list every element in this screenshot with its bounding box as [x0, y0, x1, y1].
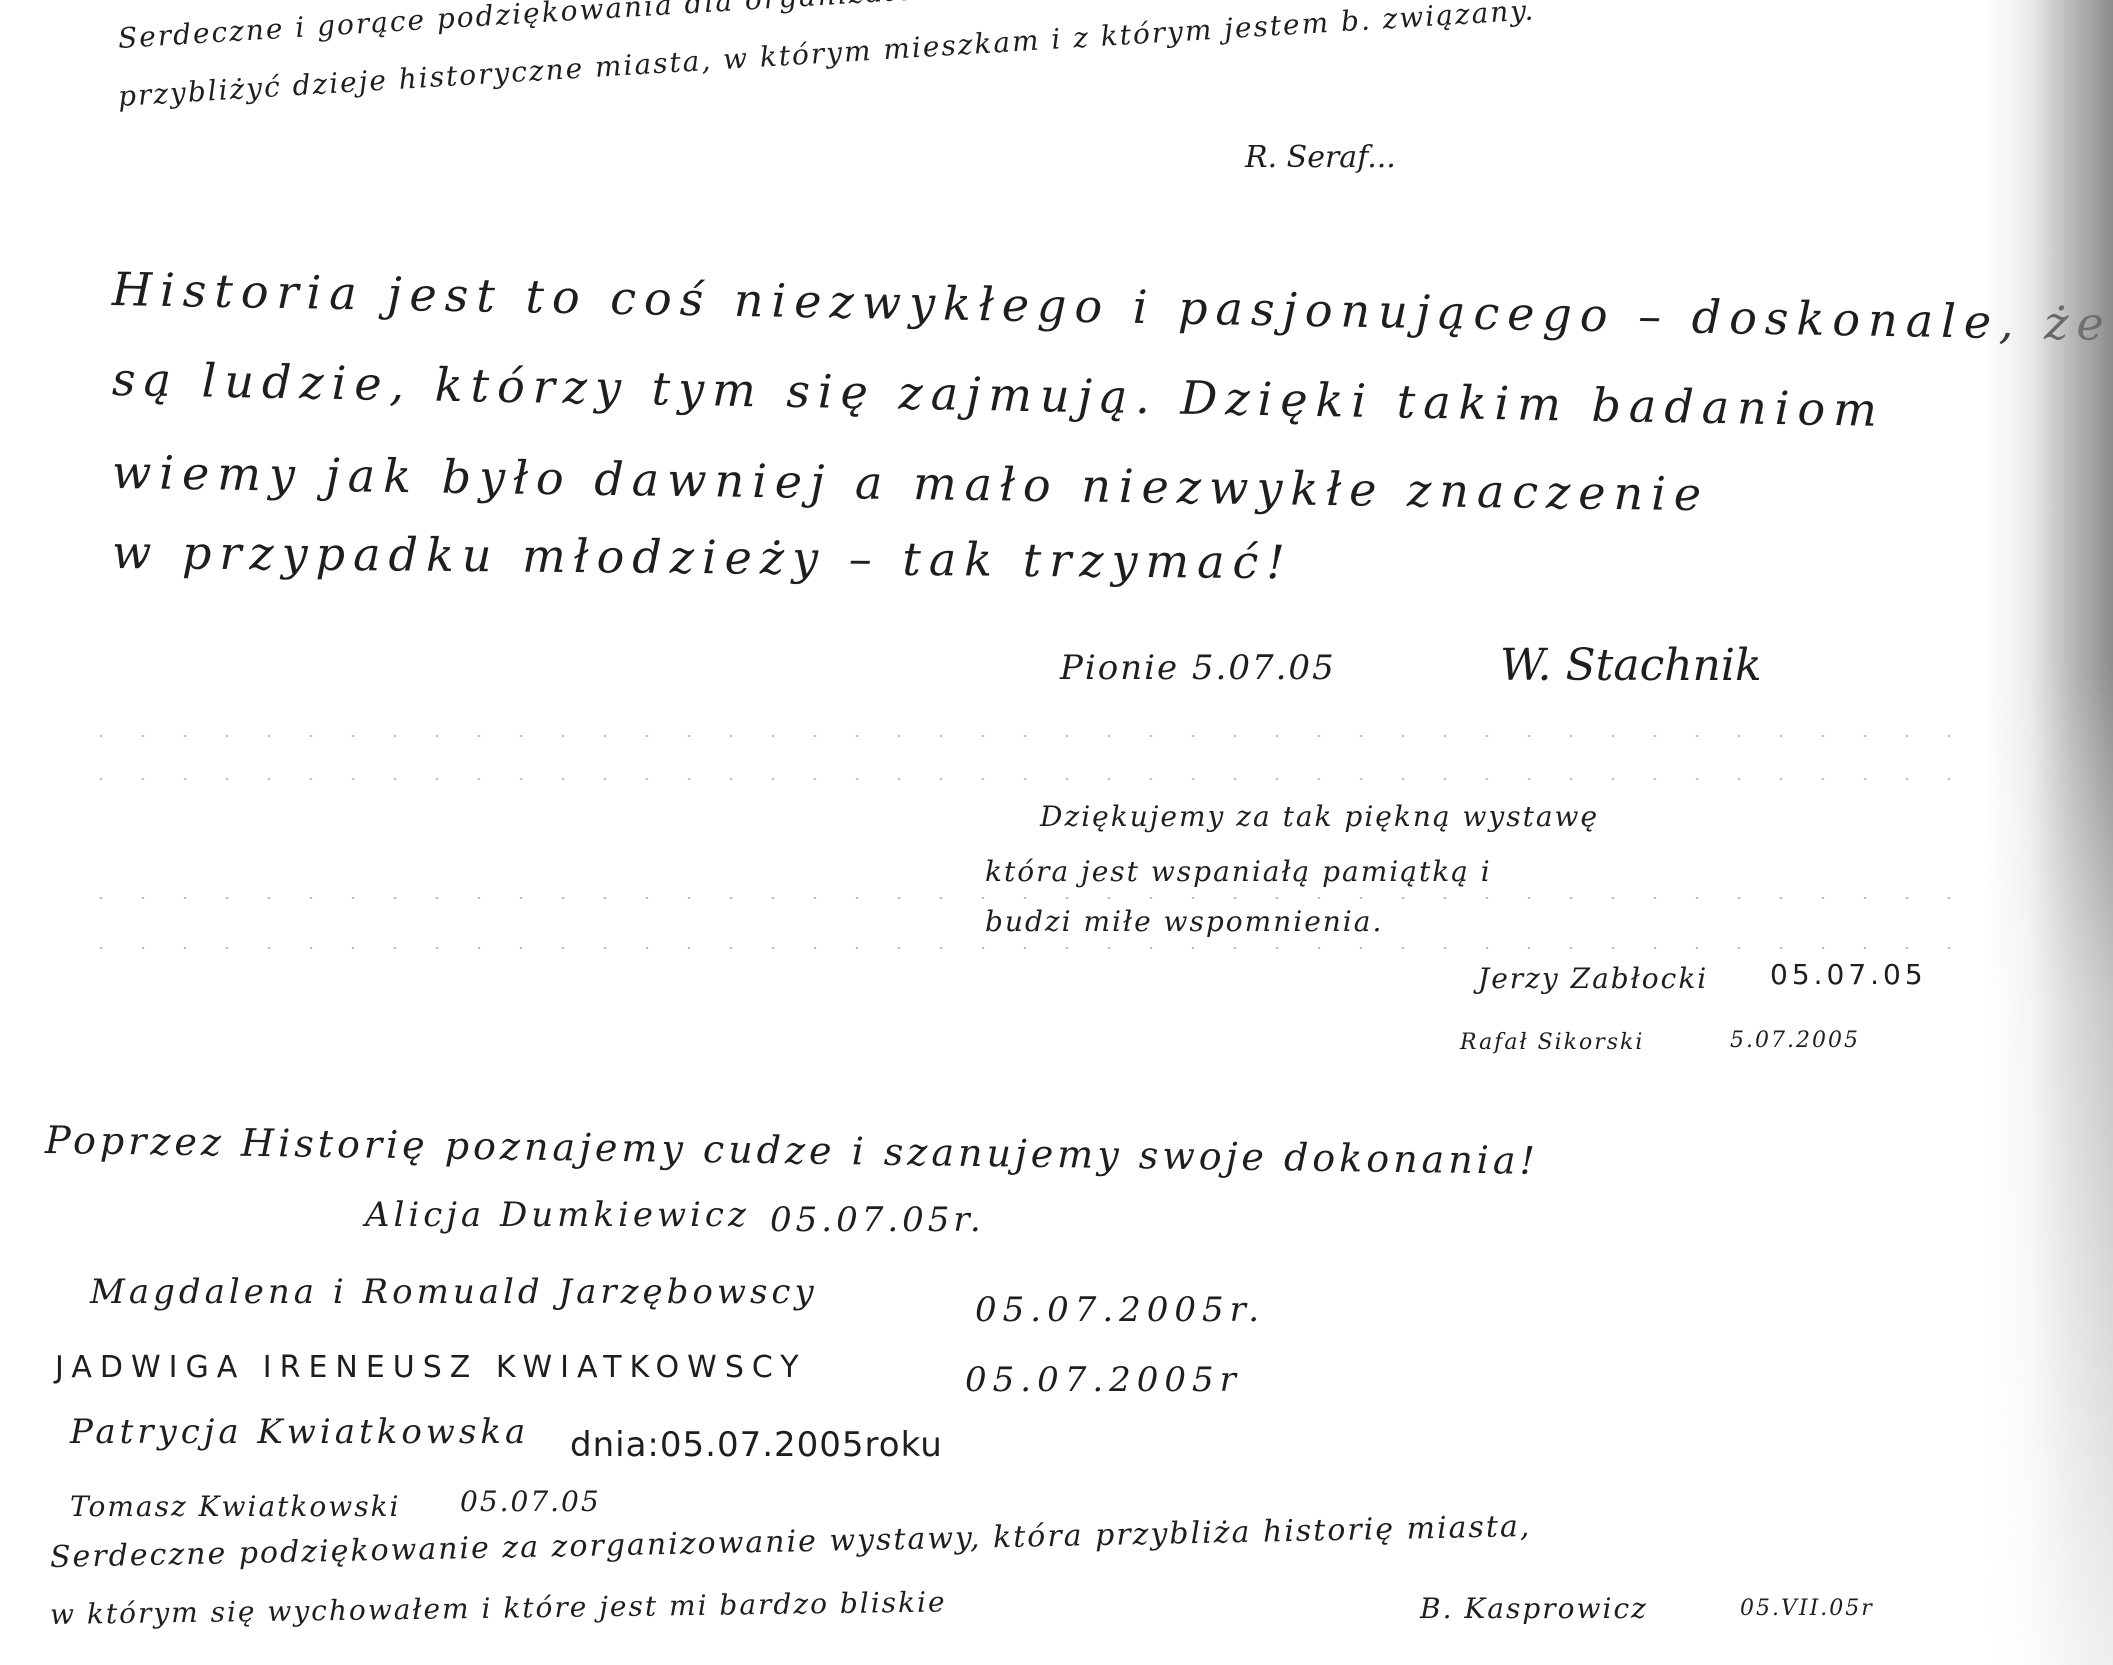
entry-3-signature-2-date: 5.07.2005: [1730, 1028, 1860, 1053]
entry-8-signature: Tomasz Kwiatkowski: [70, 1490, 401, 1523]
entry-4-date: 05.07.05r.: [770, 1200, 985, 1240]
entry-6-date: 05.07.2005r: [965, 1360, 1242, 1400]
entry-3-line-3: budzi miłe wspomnienia.: [985, 905, 1383, 938]
entry-2-line-4: w przypadku młodzieży – tak trzymać!: [112, 525, 1293, 589]
entry-4-signature: Alicja Dumkiewicz: [365, 1195, 750, 1235]
entry-9-date: 05.VII.05r: [1740, 1596, 1874, 1621]
entry-4-line-1: Poprzez Historię poznajemy cudze i szanu…: [45, 1118, 1539, 1183]
entry-7-signature: Patrycja Kwiatkowska: [70, 1412, 529, 1452]
entry-2-line-2: są ludzie, którzy tym się zajmują. Dzięk…: [112, 352, 1886, 437]
entry-3-line-1: Dziękujemy za tak piękną wystawę: [1040, 800, 1599, 833]
entry-1-signature: R. Seraf...: [1245, 140, 1396, 175]
ruled-dotted-line: [80, 778, 1980, 780]
entry-9-line-2: w którym się wychowałem i które jest mi …: [50, 1585, 947, 1631]
entry-5-date: 05.07.2005r.: [975, 1290, 1265, 1330]
entry-3-signature-1-date: 05.07.05: [1770, 958, 1927, 991]
entry-2-line-3: wiemy jak było dawniej a mało niezwykłe …: [112, 445, 1710, 521]
entry-2-line-1: Historia jest to coś niezwykłego i pasjo…: [112, 262, 2113, 351]
entry-5-signature: Magdalena i Romuald Jarzębowscy: [90, 1272, 818, 1312]
entry-7-date: dnia:05.07.2005roku: [570, 1425, 943, 1465]
entry-3-signature-2-name: Rafał Sikorski: [1460, 1030, 1644, 1055]
ruled-dotted-line: [80, 897, 1980, 899]
entry-3-signature-1-name: Jerzy Zabłocki: [1478, 962, 1708, 995]
entry-2-date: Pionie 5.07.05: [1060, 648, 1336, 688]
entry-6-signature: JADWIGA IRENEUSZ KWIATKOWSCY: [55, 1350, 807, 1385]
ruled-dotted-line: [80, 947, 1980, 949]
scanned-guestbook-page: Serdeczne i gorące podziękowania dla org…: [0, 0, 2113, 1665]
ruled-dotted-line: [80, 735, 1980, 737]
entry-9-signature: B. Kasprowicz: [1420, 1592, 1648, 1625]
entry-8-date: 05.07.05: [460, 1485, 601, 1518]
entry-2-signature: W. Stachnik: [1500, 640, 1762, 691]
scan-edge-shadow: [1983, 0, 2113, 1665]
entry-3-line-2: która jest wspaniałą pamiątką i: [985, 855, 1492, 888]
